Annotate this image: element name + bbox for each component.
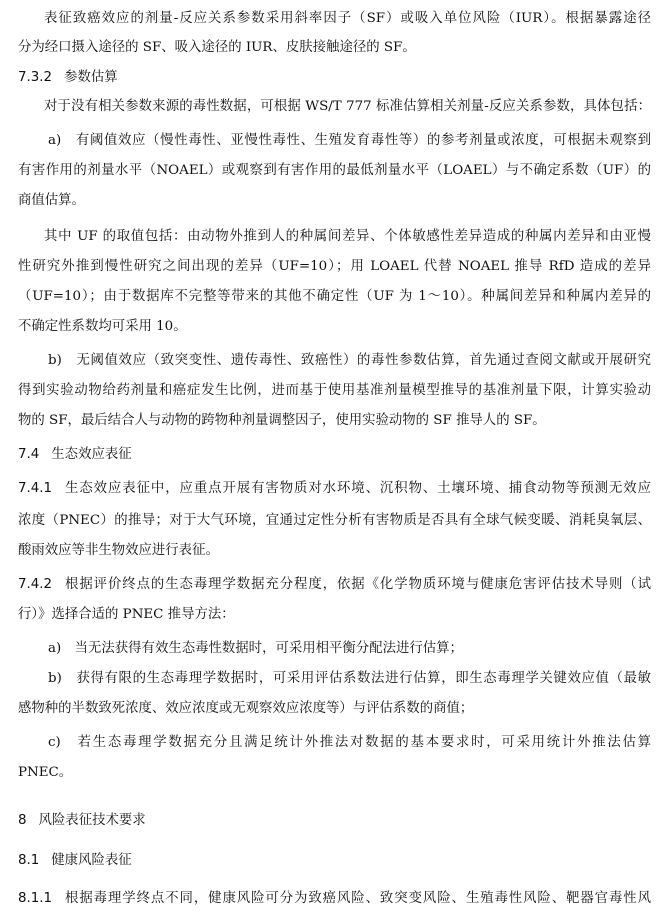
section-number: 8.1.1: [18, 889, 52, 909]
section-number: 7.4.2: [18, 575, 52, 595]
list-item-eco-b-line: b) 获得有限的生态毒理学数据时，可采用评估系数法进行估算，即生态毒理学关键效应…: [48, 669, 651, 689]
paragraph-line: （UF=10）；由于数据库不完整等带来的其他不确定性（UF 为 1～10）。种属…: [18, 287, 651, 307]
clause-text: 根据毒理学终点不同，健康风险可分为致癌风险、致突变风险、生殖毒性风险、靶器官毒性…: [64, 891, 651, 906]
list-item-a-line: 商值估算。: [18, 191, 651, 211]
section-heading-8-1: 8.1健康风险表征: [18, 851, 651, 871]
section-title: 生态效应表征: [51, 447, 131, 462]
list-item-eco-c-line: c) 若生态毒理学数据充分且满足统计外推法对数据的基本要求时，可采用统计外推法估…: [48, 733, 651, 753]
section-heading-7-3-2: 7.3.2参数估算: [18, 68, 651, 88]
list-item-b-line: b) 无阈值效应（致突变性、遗传毒性、致癌性）的毒性参数估算，首先通过查阅文献或…: [48, 351, 651, 371]
list-item-eco-a: a) 当无法获得有效生态毒性数据时，可采用相平衡分配法进行估算；: [48, 639, 651, 659]
section-title: 风险表征技术要求: [39, 813, 146, 828]
clause-7-4-1-line: 7.4.1生态效应表征中，应重点开展有害物质对水环境、沉积物、土壤环境、捕食动物…: [18, 479, 651, 499]
section-number: 8: [18, 811, 27, 831]
list-item-a-line: 有害作用的剂量水平（NOAEL）或观察到有害作用的最低剂量水平（LOAEL）与不…: [18, 161, 651, 181]
paragraph-line: 不确定性系数均可采用 10。: [18, 317, 651, 337]
list-item-b-line: 物的 SF，最后结合人与动物的跨物种剂量调整因子，使用实验动物的 SF 推导人的…: [18, 411, 651, 431]
section-number: 8.1: [18, 851, 39, 871]
section-number: 7.3.2: [18, 68, 52, 88]
section-title: 健康风险表征: [51, 853, 131, 868]
section-heading-8: 8风险表征技术要求: [18, 811, 651, 831]
list-item-eco-b-line: 感物种的半数致死浓度、效应浓度或无观察效应浓度等）与评估系数的商值；: [18, 699, 651, 719]
list-item-b-line: 得到实验动物给药剂量和癌症发生比例，进而基于使用基准剂量模型推导的基准剂量下限，…: [18, 381, 651, 401]
clause-8-1-1-line: 8.1.1根据毒理学终点不同，健康风险可分为致癌风险、致突变风险、生殖毒性风险、…: [18, 889, 651, 909]
paragraph-line: 对于没有相关参数来源的毒性数据，可根据 WS/T 777 标准估算相关剂量-反应…: [44, 97, 651, 117]
paragraph-line: 行）》选择合适的 PNEC 推导方法：: [18, 605, 651, 625]
paragraph-line: 酸雨效应等非生物效应进行表征。: [18, 541, 651, 561]
section-title: 参数估算: [64, 70, 118, 85]
section-number: 7.4: [18, 445, 39, 465]
list-item-a-line: a) 有阈值效应（慢性毒性、亚慢性毒性、生殖发育毒性等）的参考剂量或浓度，可根据…: [48, 131, 651, 151]
paragraph-line: 分为经口摄入途径的 SF、吸入途径的 IUR、皮肤接触途径的 SF。: [18, 38, 651, 58]
clause-7-4-2-line: 7.4.2根据评价终点的生态毒理学数据充分程度，依据《化学物质环境与健康危害评估…: [18, 575, 651, 595]
list-item-eco-c-line: PNEC。: [18, 763, 651, 783]
paragraph-line: 性研究外推到慢性研究之间出现的差异（UF=10）；用 LOAEL 代替 NOAE…: [18, 257, 651, 277]
paragraph-line: 浓度（PNEC）的推导；对于大气环境，宜通过定性分析有害物质是否具有全球气候变暖…: [18, 511, 651, 531]
section-number: 7.4.1: [18, 479, 52, 499]
clause-text: 根据评价终点的生态毒理学数据充分程度，依据《化学物质环境与健康危害评估技术导则（…: [64, 577, 651, 592]
paragraph-line: 其中 UF 的取值包括：由动物外推到人的种属间差异、个体敏感性差异造成的种属内差…: [44, 227, 651, 247]
clause-text: 生态效应表征中，应重点开展有害物质对水环境、沉积物、土壤环境、捕食动物等预测无效…: [64, 481, 651, 496]
paragraph-line: 表征致癌效应的剂量-反应关系参数采用斜率因子（SF）或吸入单位风险（IUR）。根…: [44, 9, 651, 29]
section-heading-7-4: 7.4生态效应表征: [18, 445, 651, 465]
